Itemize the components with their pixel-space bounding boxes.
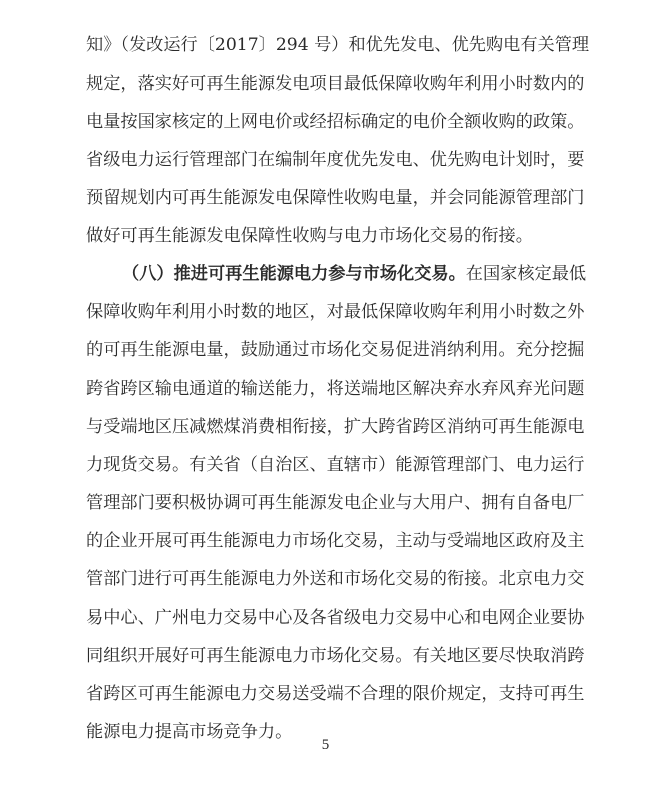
paragraph-line: 的可再生能源电量，鼓励通过市场化交易促进消纳利用。充分挖掘 (86, 338, 566, 362)
paragraph-line: 管理部门要积极协调可再生能源发电企业与大用户、拥有自备电厂 (86, 491, 566, 515)
paragraph-line: 管部门进行可再生能源电力外送和市场化交易的衔接。北京电力交 (86, 567, 566, 591)
paragraph-line: 易中心、广州电力交易中心及各省级电力交易中心和电网企业要协 (86, 606, 566, 630)
paragraph-line: 电量按国家核定的上网电价或经招标确定的电价全额收购的政策。 (86, 110, 566, 134)
paragraph-line: 预留规划内可再生能源发电保障性收购电量，并会同能源管理部门 (86, 186, 566, 210)
page-number: 5 (0, 735, 651, 755)
paragraph-line: 省级电力运行管理部门在编制年度优先发电、优先购电计划时，要 (86, 148, 566, 172)
paragraph-line: 力现货交易。有关省（自治区、直辖市）能源管理部门、电力运行 (86, 453, 566, 477)
paragraph-line: 跨省跨区输电通道的输送能力，将送端地区解决弃水弃风弃光问题 (86, 377, 566, 401)
paragraph-line: 与受端地区压减燃煤消费相衔接，扩大跨省跨区消纳可再生能源电 (86, 415, 566, 439)
document-page: 知》（发改运行〔2017〕294 号）和优先发电、优先购电有关管理 规定，落实好… (0, 0, 651, 803)
section-8-title: （八）推进可再生能源电力参与市场化交易。 (122, 264, 466, 284)
paragraph-line: 规定，落实好可再生能源发电项目最低保障收购年利用小时数内的 (86, 72, 566, 96)
section-8-first-line: （八）推进可再生能源电力参与市场化交易。在国家核定最低 (122, 262, 566, 286)
paragraph-line: 同组织开展好可再生能源电力市场化交易。有关地区要尽快取消跨 (86, 644, 566, 668)
paragraph-line: 省跨区可再生能源电力交易送受端不合理的限价规定，支持可再生 (86, 682, 566, 706)
paragraph-line: 做好可再生能源发电保障性收购与电力市场化交易的衔接。 (86, 224, 566, 248)
paragraph-line: 知》（发改运行〔2017〕294 号）和优先发电、优先购电有关管理 (86, 33, 566, 57)
paragraph-line: 的企业开展可再生能源电力市场化交易，主动与受端地区政府及主 (86, 529, 566, 553)
section-8-text: 在国家核定最低 (466, 264, 586, 284)
paragraph-line: 保障收购年利用小时数的地区，对最低保障收购年利用小时数之外 (86, 300, 566, 324)
